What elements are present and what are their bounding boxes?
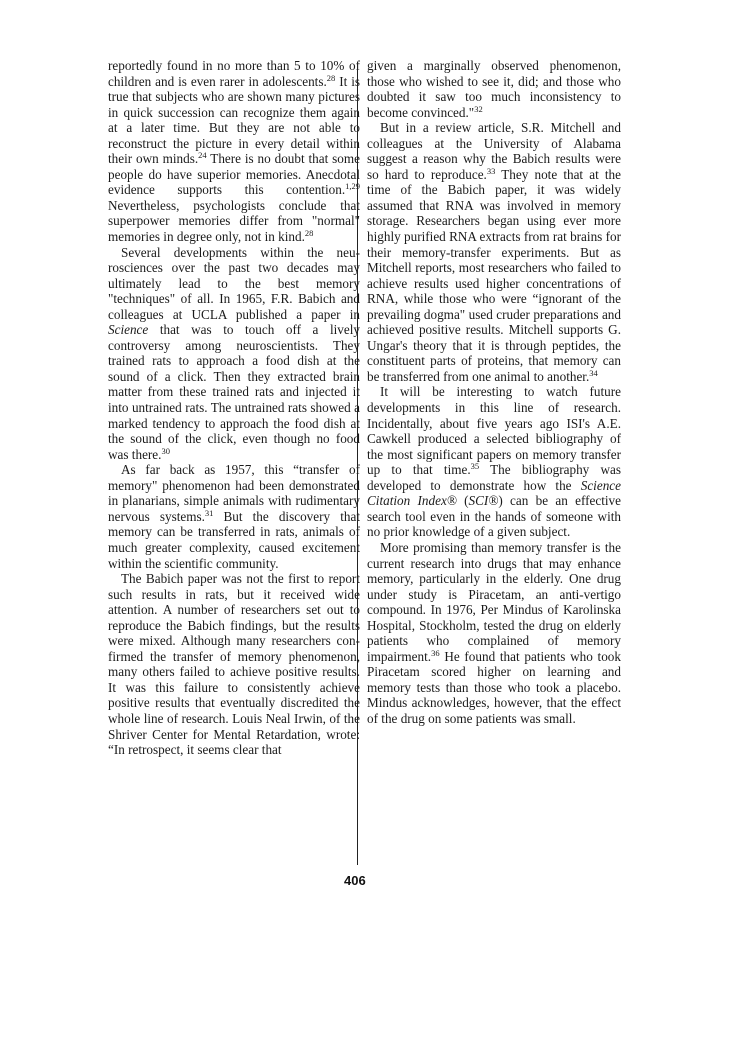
footnote-ref: 30 [161, 446, 170, 456]
footnote-ref: 28 [305, 228, 314, 238]
footnote-ref: 32 [474, 104, 483, 114]
footnote-ref: 28 [327, 73, 336, 83]
footnote-ref: 24 [198, 150, 207, 160]
paragraph-piracetam: More promising than memory trans­fer is … [367, 540, 621, 727]
text-run: ( [457, 493, 469, 508]
product-abbrev: SCI® [469, 493, 499, 508]
text-run: More promising than memory trans­fer is … [367, 540, 621, 664]
paragraph-cawkell-bibliography: It will be interesting to watch future d… [367, 384, 621, 539]
paragraph-babich-paper: The Babich paper was not the first to re… [108, 571, 360, 758]
footnote-ref: 34 [589, 368, 598, 378]
paragraph-mitchell-review: But in a review article, S.R. Mitchell a… [367, 120, 621, 384]
text-run: They note that at the time of the Babich… [367, 167, 621, 384]
journal-title: Science [108, 322, 148, 337]
text-run: reportedly found in no more than 5 to 10… [108, 58, 360, 89]
paragraph-planarians: As far back as 1957, this “transfer of m… [108, 462, 360, 571]
text-run: Nevertheless, psychologists conclude tha… [108, 198, 360, 244]
right-column: given a marginally observed phenome­non,… [367, 58, 621, 727]
text-run: given a marginally observed phenome­non,… [367, 58, 621, 120]
left-column: reportedly found in no more than 5 to 10… [108, 58, 360, 758]
text-run: The Babich paper was not the first to re… [108, 571, 360, 757]
column-divider [357, 62, 358, 865]
footnote-ref: 36 [431, 648, 440, 658]
footnote-ref: 35 [471, 461, 480, 471]
document-page: reportedly found in no more than 5 to 10… [0, 0, 755, 1059]
text-run: that was to touch off a lively controver… [108, 322, 360, 461]
paragraph-neurosciences: Several developments within the neu­rosc… [108, 245, 360, 463]
page-number: 406 [344, 873, 366, 888]
paragraph-irwin-quote: given a marginally observed phenome­non,… [367, 58, 621, 120]
paragraph-eidetic-memory: reportedly found in no more than 5 to 10… [108, 58, 360, 245]
text-run: Several developments within the neu­rosc… [108, 245, 360, 322]
